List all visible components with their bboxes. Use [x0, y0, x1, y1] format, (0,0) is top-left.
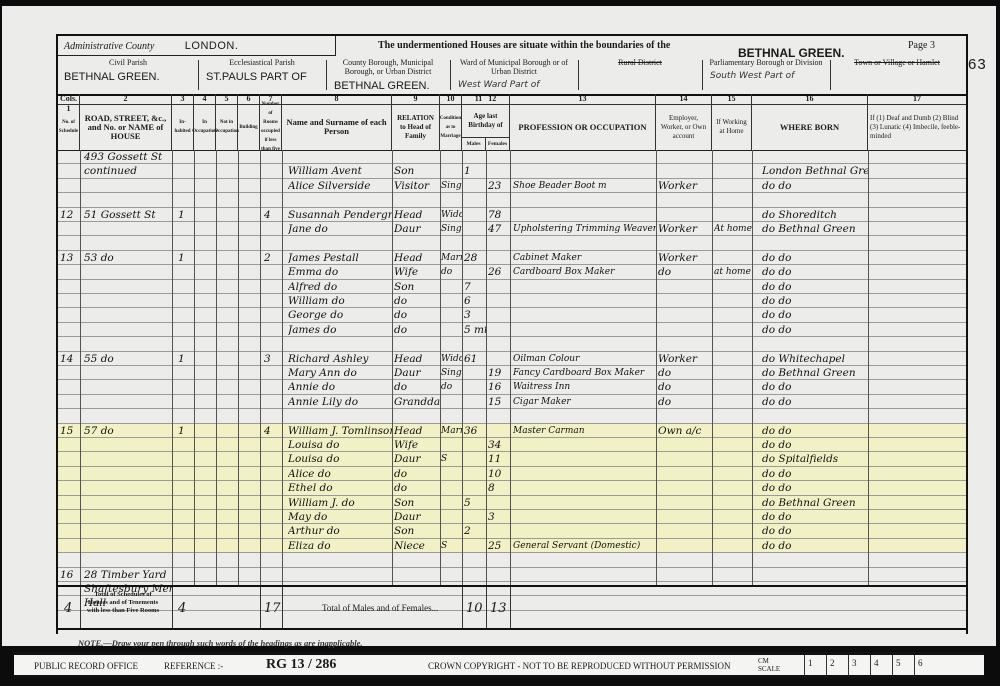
- cell-schedule: [60, 164, 80, 178]
- cell-rooms: [264, 395, 280, 409]
- cell-infirmity: [870, 568, 966, 582]
- ecclesiastical-parish-label: Ecclesiastical Parish: [200, 56, 324, 67]
- parliamentary-borough-value: South West Part of: [704, 71, 828, 81]
- age-subheaders: Males Females: [462, 137, 509, 150]
- cell-at-home: [714, 179, 752, 193]
- cell-name: [288, 150, 392, 164]
- cell-schedule: [60, 380, 80, 394]
- divider: [198, 60, 199, 90]
- cell-rooms: 4: [264, 208, 280, 222]
- cell-infirmity: [870, 208, 966, 222]
- cell-relation: do: [394, 380, 440, 394]
- cell-inhab: 1: [178, 251, 192, 265]
- cell-schedule: [60, 337, 80, 351]
- cell-condition: [441, 280, 462, 294]
- cell-rooms: [264, 150, 280, 164]
- cell-employment: [658, 308, 712, 322]
- cell-male-age: [464, 380, 486, 394]
- cell-female-age: 16: [488, 380, 510, 394]
- cell-occupation: [513, 280, 656, 294]
- gridline: [80, 587, 81, 628]
- cell-at-home: [714, 568, 752, 582]
- cell-born: London Bethnal Green: [762, 164, 868, 178]
- cell-rooms: 4: [264, 424, 280, 438]
- cell-inhab: [178, 179, 192, 193]
- cell-male-age: [464, 553, 486, 567]
- cell-at-home: [714, 236, 752, 250]
- cell-name: Alice do: [288, 467, 392, 481]
- divider: [578, 60, 579, 90]
- cell-name: [288, 553, 392, 567]
- cell-born: do do: [762, 308, 868, 322]
- cell-at-home: [714, 438, 752, 452]
- cell-name: William J. do: [288, 496, 392, 510]
- cell-infirmity: [870, 481, 966, 495]
- cell-at-home: [714, 337, 752, 351]
- cell-female-age: 26: [488, 265, 510, 279]
- civil-parish-label: Civil Parish: [58, 56, 198, 67]
- gridline: [392, 150, 393, 585]
- cell-schedule: 14: [60, 352, 80, 366]
- col-rooms: 7Number of Rooms occupied if less than f…: [260, 94, 282, 150]
- cell-schedule: [60, 308, 80, 322]
- cell-inhab: 1: [178, 208, 192, 222]
- cell-at-home: At home: [714, 222, 752, 236]
- cell-condition: [441, 236, 462, 250]
- cell-name: Alfred do: [288, 280, 392, 294]
- cell-born: do do: [762, 265, 868, 279]
- cell-schedule: [60, 409, 80, 423]
- cell-born: do do: [762, 524, 868, 538]
- cell-rooms: [264, 236, 280, 250]
- cell-infirmity: [870, 265, 966, 279]
- cell-at-home: [714, 424, 752, 438]
- cell-address: [84, 496, 172, 510]
- cell-female-age: [488, 280, 510, 294]
- cell-employment: [658, 409, 712, 423]
- cell-inhab: [178, 438, 192, 452]
- cell-name: William Avent: [288, 164, 392, 178]
- cell-name: [288, 337, 392, 351]
- cell-born: do do: [762, 323, 868, 337]
- cell-occupation: [513, 208, 656, 222]
- cell-at-home: [714, 496, 752, 510]
- ward-label: Ward of Municipal Borough or of Urban Di…: [452, 56, 576, 76]
- census-page: 63 Administrative County LONDON. The und…: [2, 6, 996, 646]
- col-num: 9: [392, 94, 439, 105]
- cell-relation: Son: [394, 164, 440, 178]
- cell-female-age: 15: [488, 395, 510, 409]
- cell-schedule: [60, 150, 80, 164]
- civil-parish: Civil Parish BETHNAL GREEN.: [58, 56, 198, 94]
- ward-value: West Ward Part of: [452, 80, 576, 90]
- cell-at-home: [714, 409, 752, 423]
- cell-infirmity: [870, 467, 966, 481]
- cell-address: [84, 308, 172, 322]
- gridline: [238, 150, 239, 585]
- cell-male-age: 3: [464, 308, 486, 322]
- cell-occupation: Shoe Beader Boot m: [513, 179, 656, 193]
- cell-occupation: [513, 568, 656, 582]
- cell-schedule: [60, 510, 80, 524]
- cell-inhab: [178, 510, 192, 524]
- cell-relation: [394, 236, 440, 250]
- col-num: 16: [752, 94, 867, 105]
- cell-schedule: [60, 481, 80, 495]
- cell-schedule: [60, 280, 80, 294]
- cell-name: Arthur do: [288, 524, 392, 538]
- col-address: 2ROAD, STREET, &c., and No. or NAME of H…: [80, 94, 172, 150]
- cell-male-age: 7: [464, 280, 486, 294]
- cell-address: 55 do: [84, 352, 172, 366]
- cell-address: 53 do: [84, 251, 172, 265]
- cell-relation: do: [394, 323, 440, 337]
- cell-address: 57 do: [84, 424, 172, 438]
- col-where-born: 16WHERE BORN: [752, 94, 868, 150]
- cell-female-age: 25: [488, 539, 510, 553]
- cell-occupation: Cardboard Box Maker: [513, 265, 656, 279]
- cell-relation: Son: [394, 280, 440, 294]
- cell-infirmity: [870, 164, 966, 178]
- cell-male-age: [464, 438, 486, 452]
- col-label: WHERE BORN: [752, 105, 867, 149]
- cell-occupation: [513, 308, 656, 322]
- gridline: [260, 587, 261, 628]
- municipal-borough: County Borough, Municipal Borough, or Ur…: [328, 56, 448, 94]
- cell-address: [84, 294, 172, 308]
- cell-infirmity: [870, 496, 966, 510]
- cell-male-age: 6: [464, 294, 486, 308]
- cell-female-age: [488, 251, 510, 265]
- cell-female-age: [488, 409, 510, 423]
- cell-employment: [658, 294, 712, 308]
- scale-mark: 2: [826, 655, 848, 675]
- cell-inhab: [178, 380, 192, 394]
- col-name: 8Name and Surname of each Person: [282, 94, 392, 150]
- cell-born: do do: [762, 481, 868, 495]
- cell-female-age: 11: [488, 452, 510, 466]
- gridline: [440, 150, 441, 585]
- cell-condition: S: [441, 539, 462, 553]
- cell-condition: [441, 467, 462, 481]
- col-label: PROFESSION OR OCCUPATION: [510, 105, 655, 149]
- cell-born: do do: [762, 251, 868, 265]
- cell-male-age: [464, 452, 486, 466]
- cell-relation: Granddaughter: [394, 395, 440, 409]
- cell-inhab: [178, 308, 192, 322]
- cell-male-age: [464, 366, 486, 380]
- cell-male-age: [464, 179, 486, 193]
- cell-infirmity: [870, 438, 966, 452]
- cell-infirmity: [870, 150, 966, 164]
- cell-address: [84, 539, 172, 553]
- cell-born: do do: [762, 467, 868, 481]
- cell-female-age: 19: [488, 366, 510, 380]
- col-label: Building: [238, 105, 259, 149]
- col-condition: 10Condition as to Marriage: [440, 94, 462, 150]
- administrative-county: Administrative County LONDON.: [58, 36, 336, 56]
- cell-female-age: 3: [488, 510, 510, 524]
- cell-employment: [658, 208, 712, 222]
- cell-relation: Son: [394, 496, 440, 510]
- total-males-females-label: Total of Males and of Females...: [322, 603, 438, 613]
- cell-schedule: 12: [60, 208, 80, 222]
- cell-rooms: [264, 366, 280, 380]
- cell-relation: do: [394, 308, 440, 322]
- cell-male-age: [464, 539, 486, 553]
- cell-name: Mary Ann do: [288, 366, 392, 380]
- cell-female-age: [488, 352, 510, 366]
- cell-schedule: [60, 179, 80, 193]
- cell-born: do do: [762, 179, 868, 193]
- col-label: Number of Rooms occupied if less than fi…: [260, 105, 281, 149]
- cell-occupation: [513, 452, 656, 466]
- gridline: [216, 150, 217, 585]
- cell-rooms: [264, 524, 280, 538]
- cell-occupation: Fancy Cardboard Box Maker: [513, 366, 656, 380]
- total-females: 13: [490, 601, 507, 616]
- cell-infirmity: [870, 193, 966, 207]
- cell-inhab: [178, 323, 192, 337]
- gridline: [752, 150, 753, 585]
- cell-schedule: [60, 553, 80, 567]
- cell-occupation: [513, 323, 656, 337]
- cell-at-home: [714, 524, 752, 538]
- cell-infirmity: [870, 510, 966, 524]
- cell-occupation: [513, 438, 656, 452]
- cell-male-age: [464, 467, 486, 481]
- cell-relation: Wife: [394, 265, 440, 279]
- col-at-home: 15If Working at Home: [712, 94, 752, 150]
- cell-occupation: Master Carman: [513, 424, 656, 438]
- cell-employment: [658, 236, 712, 250]
- total-males: 10: [466, 601, 483, 616]
- col-label: Condition as to Marriage: [440, 105, 461, 149]
- cell-inhab: [178, 236, 192, 250]
- col-relation: 9RELATION to Head of Family: [392, 94, 440, 150]
- cell-employment: do: [658, 395, 712, 409]
- cell-condition: [441, 395, 462, 409]
- cell-female-age: [488, 193, 510, 207]
- cell-infirmity: [870, 424, 966, 438]
- scale-mark: 1: [804, 655, 826, 675]
- cell-name: [288, 409, 392, 423]
- cell-schedule: 15: [60, 424, 80, 438]
- cell-at-home: [714, 553, 752, 567]
- gridline: [462, 150, 463, 585]
- cell-address: [84, 395, 172, 409]
- cell-occupation: [513, 164, 656, 178]
- cell-address: [84, 337, 172, 351]
- cell-employment: Own a/c: [658, 424, 712, 438]
- cell-employment: do: [658, 366, 712, 380]
- cell-employment: [658, 524, 712, 538]
- cell-occupation: [513, 409, 656, 423]
- cell-occupation: Cigar Maker: [513, 395, 656, 409]
- cell-inhab: [178, 568, 192, 582]
- cell-female-age: [488, 337, 510, 351]
- cell-address: [84, 409, 172, 423]
- cell-rooms: [264, 380, 280, 394]
- cell-female-age: 78: [488, 208, 510, 222]
- cell-male-age: [464, 395, 486, 409]
- cell-at-home: [714, 510, 752, 524]
- cell-name: Susannah Pendergrass: [288, 208, 392, 222]
- cell-occupation: [513, 496, 656, 510]
- cell-at-home: [714, 380, 752, 394]
- scale-mark: 5: [892, 655, 914, 675]
- cell-male-age: 1: [464, 164, 486, 178]
- cell-relation: [394, 553, 440, 567]
- cell-occupation: Upholstering Trimming Weaveress: [513, 222, 656, 236]
- cell-name: [288, 193, 392, 207]
- cell-rooms: 2: [264, 251, 280, 265]
- cell-inhab: [178, 337, 192, 351]
- cell-infirmity: [870, 251, 966, 265]
- col-males: Males: [462, 138, 486, 150]
- cell-address: [84, 467, 172, 481]
- cell-rooms: [264, 481, 280, 495]
- cell-name: Ethel do: [288, 481, 392, 495]
- gridline: [486, 150, 487, 585]
- cell-rooms: [264, 164, 280, 178]
- col-label: Not in Occupation: [216, 105, 237, 149]
- cell-at-home: [714, 150, 752, 164]
- cell-condition: Single: [441, 222, 462, 236]
- cell-condition: S: [441, 452, 462, 466]
- cell-male-age: [464, 193, 486, 207]
- cell-male-age: [464, 337, 486, 351]
- cell-at-home: [714, 539, 752, 553]
- cell-female-age: 10: [488, 467, 510, 481]
- cell-female-age: [488, 164, 510, 178]
- municipal-borough-value: BETHNAL GREEN.: [328, 80, 448, 92]
- cell-at-home: [714, 193, 752, 207]
- cell-employment: [658, 510, 712, 524]
- cell-occupation: [513, 193, 656, 207]
- cell-male-age: 36: [464, 424, 486, 438]
- ecclesiastical-parish-value: ST.PAULS PART OF: [200, 71, 324, 83]
- cell-at-home: [714, 352, 752, 366]
- cell-address: [84, 280, 172, 294]
- cell-at-home: [714, 467, 752, 481]
- cell-employment: [658, 150, 712, 164]
- cell-occupation: [513, 467, 656, 481]
- col-num: 3: [172, 94, 193, 105]
- col-num: 13: [510, 94, 655, 105]
- cell-born: [762, 337, 868, 351]
- col-building: 6Building: [238, 94, 260, 150]
- cell-relation: do: [394, 294, 440, 308]
- cell-born: [762, 193, 868, 207]
- gridline: [282, 150, 283, 585]
- cell-rooms: [264, 308, 280, 322]
- total-schedules: 4: [64, 601, 72, 616]
- cell-condition: Single: [441, 366, 462, 380]
- gridline: [260, 150, 261, 585]
- cell-name: William do: [288, 294, 392, 308]
- cell-rooms: [264, 222, 280, 236]
- cell-employment: [658, 481, 712, 495]
- cell-female-age: 23: [488, 179, 510, 193]
- cell-condition: [441, 568, 462, 582]
- ward: Ward of Municipal Borough or of Urban Di…: [452, 56, 576, 94]
- census-form: Administrative County LONDON. The underm…: [56, 34, 968, 634]
- cell-born: [762, 553, 868, 567]
- cell-address: [84, 236, 172, 250]
- cell-relation: Niece: [394, 539, 440, 553]
- cell-at-home: [714, 395, 752, 409]
- cell-condition: [441, 164, 462, 178]
- cell-infirmity: [870, 179, 966, 193]
- col-label: RELATION to Head of Family: [392, 105, 439, 149]
- cell-born: do Spitalfields: [762, 452, 868, 466]
- cell-condition: [441, 553, 462, 567]
- col-num: 4: [194, 94, 215, 105]
- cell-relation: [394, 150, 440, 164]
- cell-relation: [394, 568, 440, 582]
- cell-occupation: Oilman Colour: [513, 352, 656, 366]
- col-num: 17: [868, 94, 966, 105]
- cell-rooms: [264, 323, 280, 337]
- cell-address: 28 Timber Yard: [84, 568, 172, 582]
- col-num: 8: [282, 94, 391, 105]
- cell-rooms: 3: [264, 352, 280, 366]
- cell-inhab: [178, 265, 192, 279]
- cell-address: [84, 510, 172, 524]
- cell-inhab: [178, 409, 192, 423]
- cell-male-age: [464, 265, 486, 279]
- cell-name: Annie do: [288, 380, 392, 394]
- cell-schedule: [60, 193, 80, 207]
- cell-infirmity: [870, 366, 966, 380]
- cell-relation: [394, 193, 440, 207]
- cell-infirmity: [870, 380, 966, 394]
- cell-male-age: 5: [464, 496, 486, 510]
- cell-rooms: [264, 496, 280, 510]
- cell-born: do do: [762, 539, 868, 553]
- total-schedules-label: Total of Schedules of Houses and of Tene…: [84, 591, 162, 615]
- cell-occupation: [513, 337, 656, 351]
- column-headers: Cols. 1No. of Schedule 2ROAD, STREET, &c…: [58, 94, 966, 151]
- cell-inhab: [178, 539, 192, 553]
- cell-name: [288, 236, 392, 250]
- cell-male-age: 2: [464, 524, 486, 538]
- gridline: [868, 150, 869, 585]
- cell-female-age: [488, 323, 510, 337]
- municipal-borough-label: County Borough, Municipal Borough, or Ur…: [328, 56, 448, 76]
- cell-address: [84, 193, 172, 207]
- cell-occupation: [513, 236, 656, 250]
- cell-schedule: [60, 438, 80, 452]
- cell-name: Emma do: [288, 265, 392, 279]
- col-age: 11 12Age last Birthday of Males Females: [462, 94, 510, 150]
- col-num: 15: [712, 94, 751, 105]
- cell-condition: [441, 193, 462, 207]
- cell-at-home: [714, 251, 752, 265]
- cell-at-home: [714, 452, 752, 466]
- cell-male-age: 5 mths: [464, 323, 486, 337]
- cell-condition: Married: [441, 424, 462, 438]
- page-label: Page 3: [908, 40, 935, 51]
- gridline: [656, 150, 657, 585]
- cell-condition: [441, 481, 462, 495]
- cell-infirmity: [870, 236, 966, 250]
- cell-condition: [441, 294, 462, 308]
- cell-born: do do: [762, 280, 868, 294]
- copyright-notice: CROWN COPYRIGHT - NOT TO BE REPRODUCED W…: [428, 661, 731, 671]
- cell-name: Louisa do: [288, 438, 392, 452]
